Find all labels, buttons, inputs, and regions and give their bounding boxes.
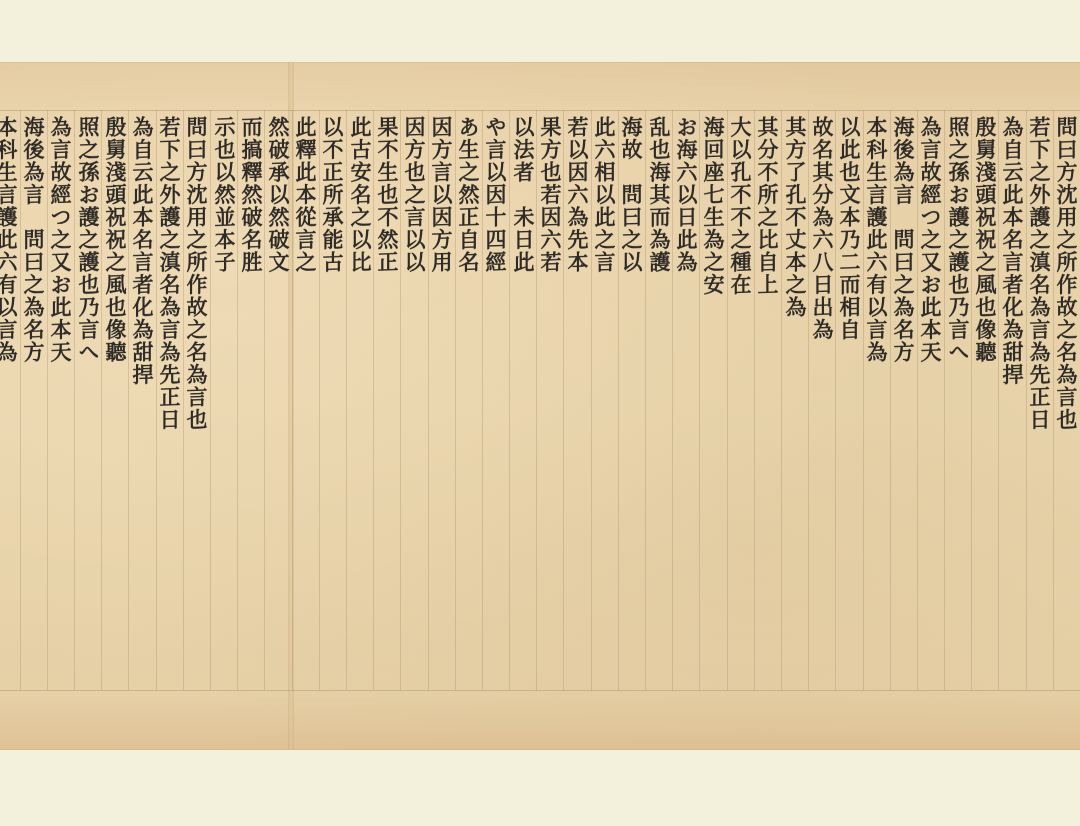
column-text: 果方也若因六若 bbox=[537, 110, 564, 690]
column-text: 本科生言護此六有以言為 bbox=[863, 110, 890, 690]
column-text: 乱也海其而為護 bbox=[646, 110, 673, 690]
text-column: 為言故經つ之又お此本天 bbox=[917, 110, 944, 690]
column-text: 若下之外護之滇名為言為先正日 bbox=[1026, 110, 1053, 690]
column-text: 照之孫お護之護也乃言へ bbox=[945, 110, 972, 690]
column-text: 若以因六為先本 bbox=[564, 110, 591, 690]
column-text: 故名其分為六八日出為 bbox=[809, 110, 836, 690]
column-text: 然破承以然破文 bbox=[265, 110, 292, 690]
column-text: や言以因十四經 bbox=[482, 110, 509, 690]
text-column: 大以孔不不之種在 bbox=[727, 110, 754, 690]
text-column: あ生之然正自名 bbox=[455, 110, 482, 690]
column-text: 此古安名之以比 bbox=[347, 110, 374, 690]
text-column: 海後為言 問曰之為名方 bbox=[20, 110, 47, 690]
calligraphy-scroll: 問曰方沈用之所作故之名為言也若下之外護之滇名為言為先正日為自云此本名言者化為甜捍… bbox=[0, 62, 1080, 750]
text-column: 殷舅淺頭祝祝之風也像聽 bbox=[101, 110, 128, 690]
text-column: 為言故經つ之又お此本天 bbox=[47, 110, 74, 690]
column-text: 此六相以此之言 bbox=[591, 110, 618, 690]
column-text: 照之孫お護之護也乃言へ bbox=[75, 110, 102, 690]
text-column: 海故 問曰之以 bbox=[618, 110, 645, 690]
text-column: 問曰方沈用之所作故之名為言也 bbox=[1053, 110, 1080, 690]
column-text: 海後為言 問曰之為名方 bbox=[20, 110, 47, 690]
column-text: 殷舅淺頭祝祝之風也像聽 bbox=[972, 110, 999, 690]
column-text: 海後為言 問曰之為名方 bbox=[890, 110, 917, 690]
text-column: 殷舅淺頭祝祝之風也像聽 bbox=[971, 110, 998, 690]
column-text: 為言故經つ之又お此本天 bbox=[47, 110, 74, 690]
text-column: 照之孫お護之護也乃言へ bbox=[74, 110, 101, 690]
column-text: 若下之外護之滇名為言為先正日 bbox=[156, 110, 183, 690]
text-column: 海後為言 問曰之為名方 bbox=[890, 110, 917, 690]
column-text: 海回座七生為之安 bbox=[700, 110, 727, 690]
text-column: 乱也海其而為護 bbox=[645, 110, 672, 690]
text-column: 果不生也不然正 bbox=[373, 110, 400, 690]
column-text: 其方了孔不丈本之為 bbox=[782, 110, 809, 690]
text-column: 此六相以此之言 bbox=[591, 110, 618, 690]
text-column: 以法者 未日此 bbox=[509, 110, 536, 690]
text-column: 以此也文本乃二而相自 bbox=[835, 110, 862, 690]
text-column: 然破承以然破文 bbox=[264, 110, 291, 690]
column-text: 而搞釋然破名胜 bbox=[238, 110, 265, 690]
text-column: 故名其分為六八日出為 bbox=[808, 110, 835, 690]
text-column: 照之孫お護之護也乃言へ bbox=[944, 110, 971, 690]
text-column: 海回座七生為之安 bbox=[699, 110, 726, 690]
column-text: 果不生也不然正 bbox=[374, 110, 401, 690]
column-text: 本科生言護此六有以言為 bbox=[0, 110, 20, 690]
column-text: 問曰方沈用之所作故之名為言也 bbox=[1053, 110, 1080, 690]
text-column: 此釋此本從言之 bbox=[292, 110, 319, 690]
text-column: 以不正所承能古 bbox=[319, 110, 346, 690]
text-column: 若下之外護之滇名為言為先正日 bbox=[156, 110, 183, 690]
text-columns: 問曰方沈用之所作故之名為言也若下之外護之滇名為言為先正日為自云此本名言者化為甜捍… bbox=[0, 110, 1080, 690]
column-text: 此釋此本從言之 bbox=[292, 110, 319, 690]
column-text: 大以孔不不之種在 bbox=[727, 110, 754, 690]
bottom-ruling-line bbox=[0, 690, 1080, 691]
text-column: 其方了孔不丈本之為 bbox=[781, 110, 808, 690]
column-text: 因方言以因方用 bbox=[428, 110, 455, 690]
text-column: 示也以然並本子 bbox=[210, 110, 237, 690]
column-text: 為自云此本名言者化為甜捍 bbox=[129, 110, 156, 690]
text-column: 若以因六為先本 bbox=[563, 110, 590, 690]
column-text: 海故 問曰之以 bbox=[618, 110, 645, 690]
column-text: あ生之然正自名 bbox=[455, 110, 482, 690]
column-text: お海六以日此為 bbox=[673, 110, 700, 690]
column-text: 其分不所之比自上 bbox=[754, 110, 781, 690]
text-column: 因方言以因方用 bbox=[428, 110, 455, 690]
column-text: 為言故經つ之又お此本天 bbox=[917, 110, 944, 690]
text-column: 若下之外護之滇名為言為先正日 bbox=[1026, 110, 1053, 690]
column-text: 為自云此本名言者化為甜捍 bbox=[999, 110, 1026, 690]
column-text: 殷舅淺頭祝祝之風也像聽 bbox=[102, 110, 129, 690]
text-column: 果方也若因六若 bbox=[536, 110, 563, 690]
text-column: 因方也之言以以 bbox=[400, 110, 427, 690]
text-column: 此古安名之以比 bbox=[346, 110, 373, 690]
text-column: や言以因十四經 bbox=[482, 110, 509, 690]
column-text: 以不正所承能古 bbox=[319, 110, 346, 690]
text-column: 本科生言護此六有以言為 bbox=[863, 110, 890, 690]
text-column: 問曰方沈用之所作故之名為言也 bbox=[183, 110, 210, 690]
text-column: 而搞釋然破名胜 bbox=[237, 110, 264, 690]
text-column: 本科生言護此六有以言為 bbox=[0, 110, 20, 690]
column-text: 以法者 未日此 bbox=[510, 110, 537, 690]
column-text: 因方也之言以以 bbox=[401, 110, 428, 690]
column-text: 以此也文本乃二而相自 bbox=[836, 110, 863, 690]
text-column: 為自云此本名言者化為甜捍 bbox=[128, 110, 155, 690]
text-column: 為自云此本名言者化為甜捍 bbox=[998, 110, 1025, 690]
column-text: 問曰方沈用之所作故之名為言也 bbox=[183, 110, 210, 690]
text-column: お海六以日此為 bbox=[672, 110, 699, 690]
column-text: 示也以然並本子 bbox=[211, 110, 238, 690]
text-column: 其分不所之比自上 bbox=[754, 110, 781, 690]
